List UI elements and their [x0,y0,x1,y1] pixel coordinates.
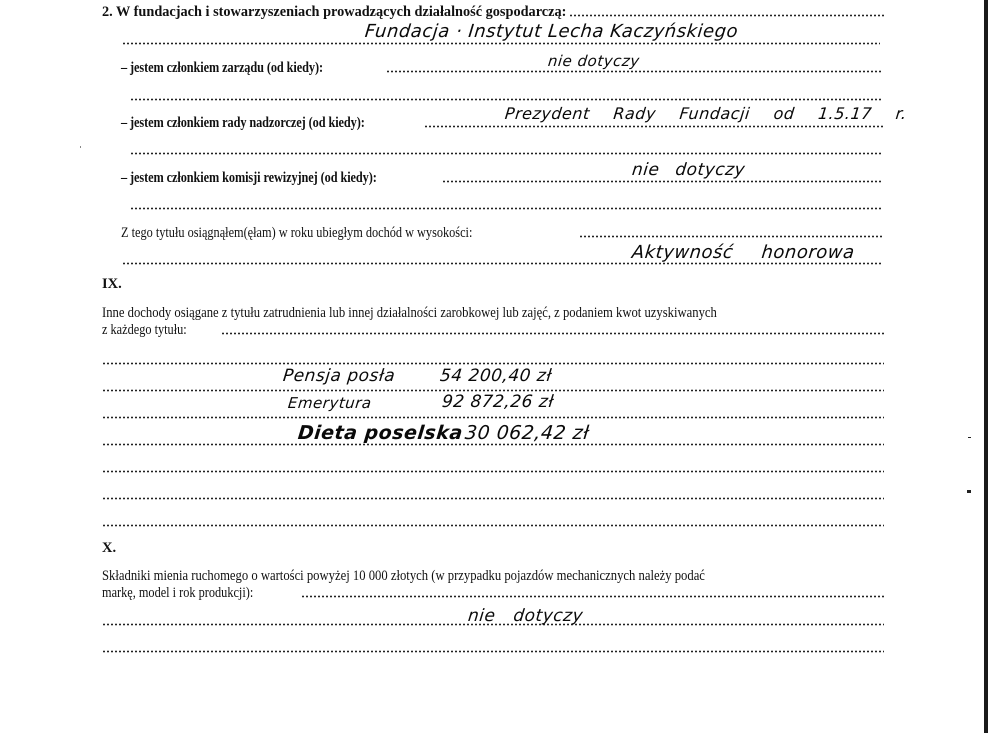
supervisory-board-line-2 [130,152,882,155]
section-ix-line-5 [102,470,884,473]
board-member-handwritten: nie dotyczy [547,52,641,70]
supervisory-board-label: – jestem członkiem rady nadzorczej (od k… [121,115,379,131]
income-label: Z tego tytułu osiągnąłem(ęłam) w roku ub… [121,225,512,241]
section-x-description-text: Składniki mienia ruchomego o wartości po… [102,568,705,584]
section-ix-description-line1: Inne dochody osiągane z tytułu zatrudnie… [102,305,884,321]
audit-committee-row: – jestem członkiem komisji rewizyjnej (o… [121,170,883,186]
income-entry-amount: 54 200,40 zł [439,366,553,386]
section-x-description-line2: markę, model i rok produkcji): [102,585,884,601]
foundations-heading: 2. W fundacjach i stowarzyszeniach prowa… [102,4,566,20]
section-ix-line-6 [102,497,884,500]
income-handwritten: Aktywność honorowa [631,242,856,263]
fill-dots [579,235,883,238]
fill-dots [386,70,883,73]
board-member-label: – jestem członkiem zarządu (od kiedy): [121,60,346,76]
foundation-name-line [122,42,880,45]
foundations-heading-row: 2. W fundacjach i stowarzyszeniach prowa… [102,4,884,20]
income-entry-label: Pensja posła [282,366,396,386]
section-x-description-text-2: markę, model i rok produkcji): [102,585,271,601]
income-entry-amount: 92 872,26 zł [441,392,555,412]
audit-committee-label: – jestem członkiem komisji rewizyjnej (o… [121,170,394,186]
fill-dots [424,125,883,128]
board-member-row: – jestem członkiem zarządu (od kiedy): [121,60,883,76]
section-ix-line-1 [102,362,884,365]
section-ix-number: IX. [102,276,122,293]
fill-dots [569,14,884,17]
section-x-number: X. [102,540,116,557]
section-ix-description-text: Inne dochody osiągane z tytułu zatrudnie… [102,305,717,321]
audit-committee-line-2 [130,207,882,210]
section-x-line-2 [102,650,884,653]
section-ix-line-3 [102,416,884,419]
audit-committee-handwritten: nie dotyczy [631,160,746,180]
declaration-page: 2. W fundacjach i stowarzyszeniach prowa… [0,0,988,733]
fill-dots [221,332,884,335]
income-entry-amount: 30 062,42 zł [464,422,590,444]
scan-speck [967,490,971,493]
supervisory-board-handwritten: Prezydent Rady Fundacji od 1.5.17 r. [504,104,908,123]
movable-assets-handwritten: nie dotyczy [467,606,584,626]
fill-dots [442,180,883,183]
income-entry-label: Dieta poselska [297,422,464,444]
income-entry-label: Emerytura [287,394,373,412]
section-ix-description-text-2: z każdego tytułu: [102,322,202,338]
scan-page-edge [984,0,988,733]
section-ix-description-line2: z każdego tytułu: [102,322,884,338]
scan-speck [968,437,971,438]
scan-speck [80,146,81,148]
section-ix-line-7 [102,524,884,527]
fill-dots [301,595,884,598]
board-member-line-2 [130,98,882,101]
section-x-description-line1: Składniki mienia ruchomego o wartości po… [102,568,884,584]
foundation-name-handwritten: Fundacja · Instytut Lecha Kaczyńskiego [364,21,739,42]
income-row: Z tego tytułu osiągnąłem(ęłam) w roku ub… [121,225,883,241]
